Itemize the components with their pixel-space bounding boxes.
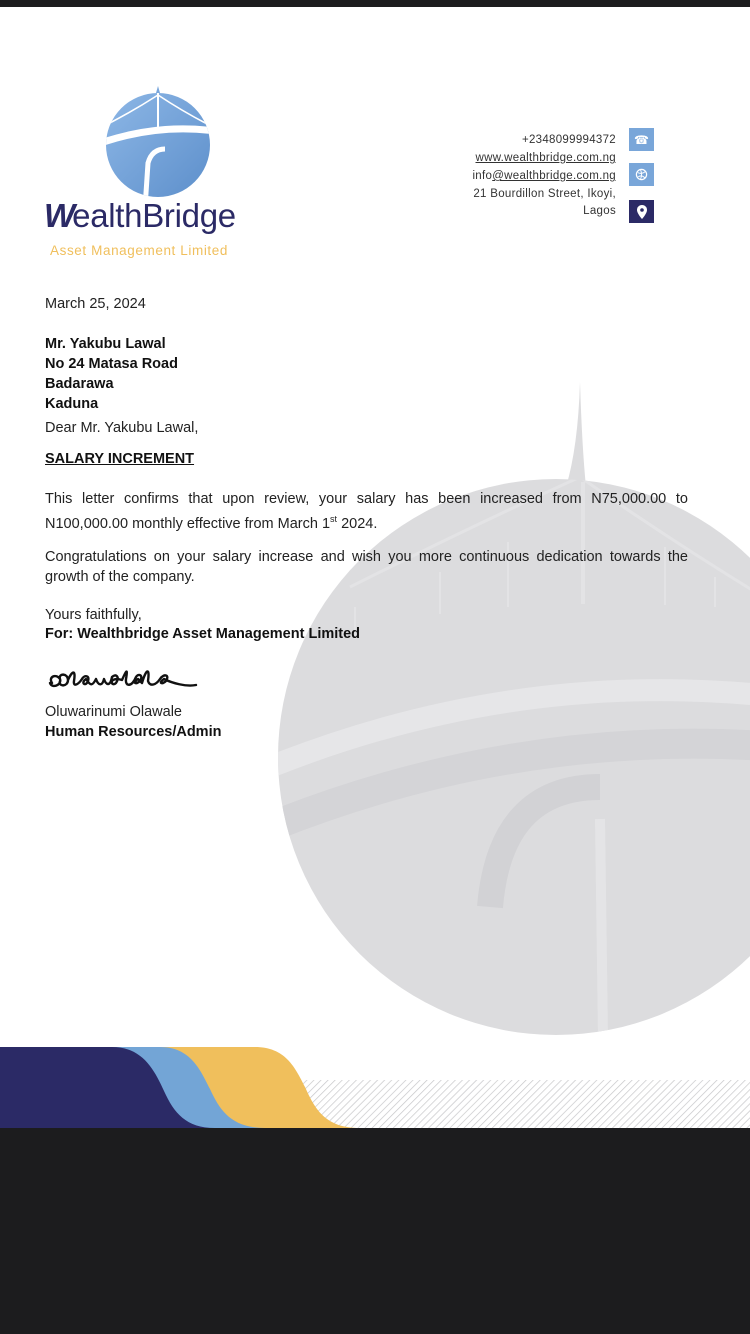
globe-icon [629, 163, 654, 186]
body-paragraph-2: Congratulations on your salary increase … [45, 547, 688, 587]
company-logo-icon [40, 83, 260, 263]
footer-wave-decoration [0, 1047, 750, 1128]
top-bar [0, 0, 750, 7]
letter-page: WealthBridge Asset Management Limited +2… [0, 7, 750, 1128]
contact-address: 21 Bourdillon Street, Ikoyi, Lagos [472, 186, 616, 220]
closing: Yours faithfully, [45, 607, 142, 623]
body-paragraph-1: This letter confirms that upon review, y… [45, 489, 688, 534]
salutation: Dear Mr. Yakubu Lawal, [45, 420, 198, 436]
signature-image [46, 665, 198, 697]
signatory-title: Human Resources/Admin [45, 724, 221, 740]
wordmark-rest: ealthBridge [72, 197, 236, 234]
signatory-name: Oluwarinumi Olawale [45, 704, 182, 720]
recipient-area: Badarawa [45, 374, 178, 394]
company-subtitle: Asset Management Limited [50, 243, 228, 258]
email-prefix: info [472, 170, 492, 182]
para1-ordinal: st [330, 514, 337, 524]
para1-year: 2024. [337, 516, 377, 532]
recipient-city: Kaduna [45, 394, 178, 414]
address-line-1: 21 Bourdillon Street, Ikoyi, [472, 186, 616, 203]
recipient-street: No 24 Matasa Road [45, 354, 178, 374]
phone-icon: ☎ [629, 128, 654, 151]
wordmark-w: W [44, 197, 72, 234]
recipient-address: Mr. Yakubu Lawal No 24 Matasa Road Badar… [45, 334, 178, 414]
location-pin-icon [629, 200, 654, 223]
letter-subject: SALARY INCREMENT [45, 451, 194, 467]
contact-email[interactable]: info@wealthbridge.com.ng [472, 167, 616, 185]
email-domain: @wealthbridge.com.ng [492, 170, 616, 182]
contact-website[interactable]: www.wealthbridge.com.ng [472, 149, 616, 167]
letter-date: March 25, 2024 [45, 296, 146, 312]
contact-block: +2348099994372 www.wealthbridge.com.ng i… [472, 131, 616, 220]
company-wordmark: WealthBridge [44, 199, 236, 232]
for-company-line: For: Wealthbridge Asset Management Limit… [45, 626, 360, 642]
contact-phone[interactable]: +2348099994372 [472, 131, 616, 149]
address-line-2: Lagos [472, 203, 616, 220]
bottom-dark-area [0, 1128, 750, 1334]
recipient-name: Mr. Yakubu Lawal [45, 334, 178, 354]
